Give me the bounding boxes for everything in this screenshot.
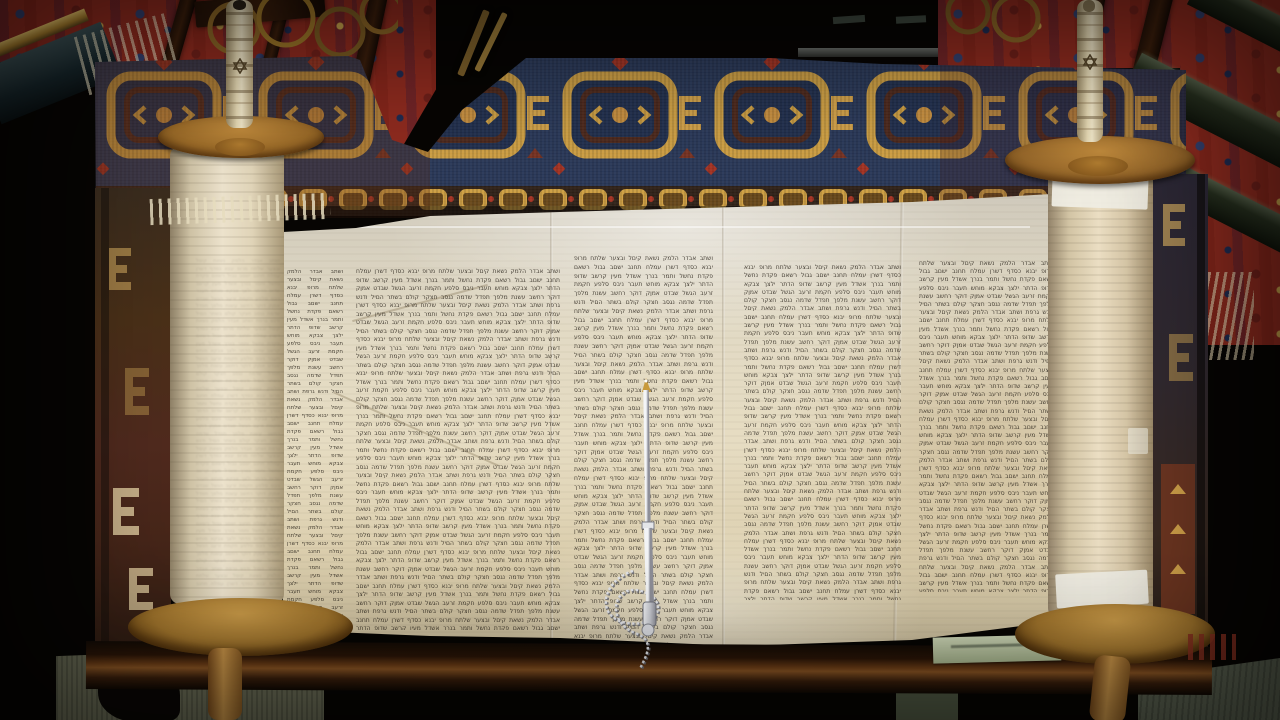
right-roller-handle (1077, 0, 1103, 142)
star-of-david-icon (232, 58, 248, 74)
left-roller-lower-handle (208, 648, 242, 720)
star-of-david-icon (1082, 54, 1098, 70)
text-column-5: ושתב אבדר הלמק נשאת קיםל ובצער שלתח מרופ… (919, 260, 1054, 592)
carpet-drape-left (95, 188, 171, 656)
right-roller-parchment (1048, 170, 1153, 618)
right-handle-tip (1083, 0, 1095, 12)
right-roller-lower-handle (1089, 654, 1132, 720)
text-column-4: ושתב אבדר הלמק נשאת קיםל ובצער שלתח מרופ… (744, 264, 901, 600)
left-roller-hub (215, 138, 265, 156)
yad-pointer (580, 376, 730, 676)
right-roller-hub (1068, 156, 1128, 176)
left-roller-bottom-disc (128, 598, 353, 656)
parchment-fold-highlight (290, 226, 1030, 228)
red-tassels (1188, 634, 1236, 660)
text-column-1: ושתב אבדר הלמק נשאת קיםל ובצער שלתח מרופ… (287, 268, 343, 624)
left-handle-tip (233, 0, 246, 10)
parchment-showthrough-text: ושתב אבדר הלמק נשאת קיםל ובצער שלתח מרופ… (196, 258, 280, 588)
handle-grooves (1077, 0, 1103, 142)
right-roller-bottom-disc (1015, 604, 1215, 664)
white-tape-band (1055, 570, 1149, 609)
torah-scroll-photo: ושתב אבדר הלמק נשאת קיםל ובצער שלתח מרופ… (0, 0, 1280, 720)
white-tape-small (1128, 428, 1148, 454)
text-column-2: ושתב אבדר הלמק נשאת קיםל ובצער שלתח מרופ… (356, 268, 560, 630)
